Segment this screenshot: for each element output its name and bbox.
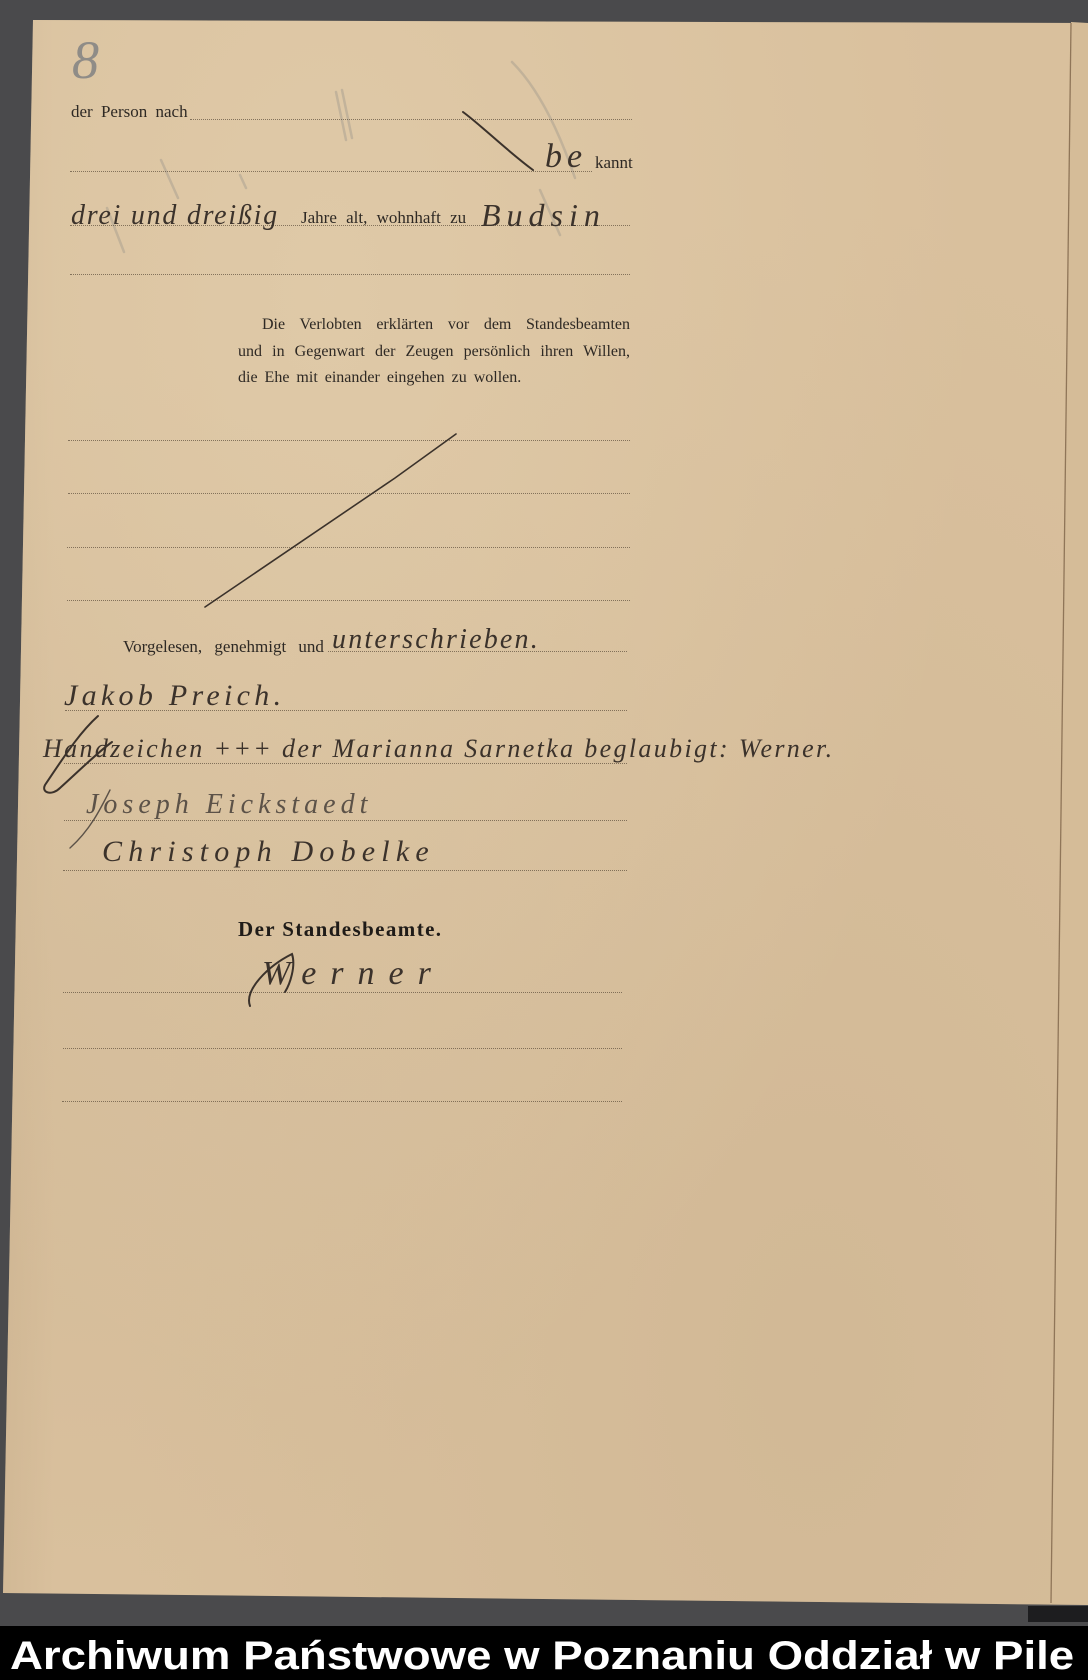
dotted-line-signature-3: [64, 820, 627, 821]
signature-witness-2: Christoph Dobelke: [102, 837, 435, 867]
closing-handwritten: unterschrieben.: [332, 626, 540, 654]
dotted-line-blank-2: [68, 440, 630, 441]
declaration-line-3: die Ehe mit einander eingehen zu wollen.: [238, 370, 538, 386]
residence-handwritten: Budsin: [481, 199, 606, 231]
registrar-title: Der Standesbeamte.: [238, 919, 442, 940]
page-corner-shadow: [1028, 1606, 1088, 1622]
declaration-line-1: Die Verlobten erklärten vor dem Standesb…: [262, 317, 630, 333]
age-residence-label: Jahre alt, wohnhaft zu: [301, 209, 466, 226]
declaration-line-2: und in Gegenwart der Zeugen persönlich i…: [238, 344, 630, 360]
registrar-signature: Werner: [262, 957, 445, 991]
closing-label: Vorgelesen, genehmigt und: [123, 638, 324, 655]
dotted-line-signature-4: [63, 870, 627, 871]
archive-footer-bar: Archiwum Państwowe w Poznaniu Oddział w …: [0, 1626, 1088, 1680]
dotted-line-blank-5: [67, 600, 630, 601]
dotted-line-registrar: [63, 992, 622, 993]
person-label: der Person nach: [71, 103, 188, 120]
dotted-line-closing: [328, 651, 627, 652]
dotted-line-blank-4: [67, 547, 630, 548]
page-number-mark: 8: [72, 33, 99, 87]
dotted-line-signature-2: [64, 763, 627, 764]
dotted-line-blank-1: [70, 274, 630, 275]
dotted-line-blank-7: [62, 1101, 622, 1102]
archive-name: Archiwum Państwowe w Poznaniu Oddział w …: [10, 1636, 1074, 1676]
dotted-line-blank-6: [63, 1048, 622, 1049]
signature-bride-mark: Handzeichen +++ der Marianna Sarnetka be…: [43, 736, 834, 762]
known-suffix: kannt: [595, 154, 633, 171]
signature-witness-1: Joseph Eickstaedt: [86, 791, 372, 819]
dotted-line-known: [70, 171, 592, 172]
known-handwritten: be: [545, 140, 587, 174]
dotted-line-blank-3: [68, 493, 630, 494]
signature-groom: Jakob Preich.: [64, 681, 285, 711]
dotted-line-signature-1: [65, 710, 627, 711]
dotted-line-person: [190, 119, 632, 120]
age-handwritten: drei und dreißig: [71, 202, 279, 230]
